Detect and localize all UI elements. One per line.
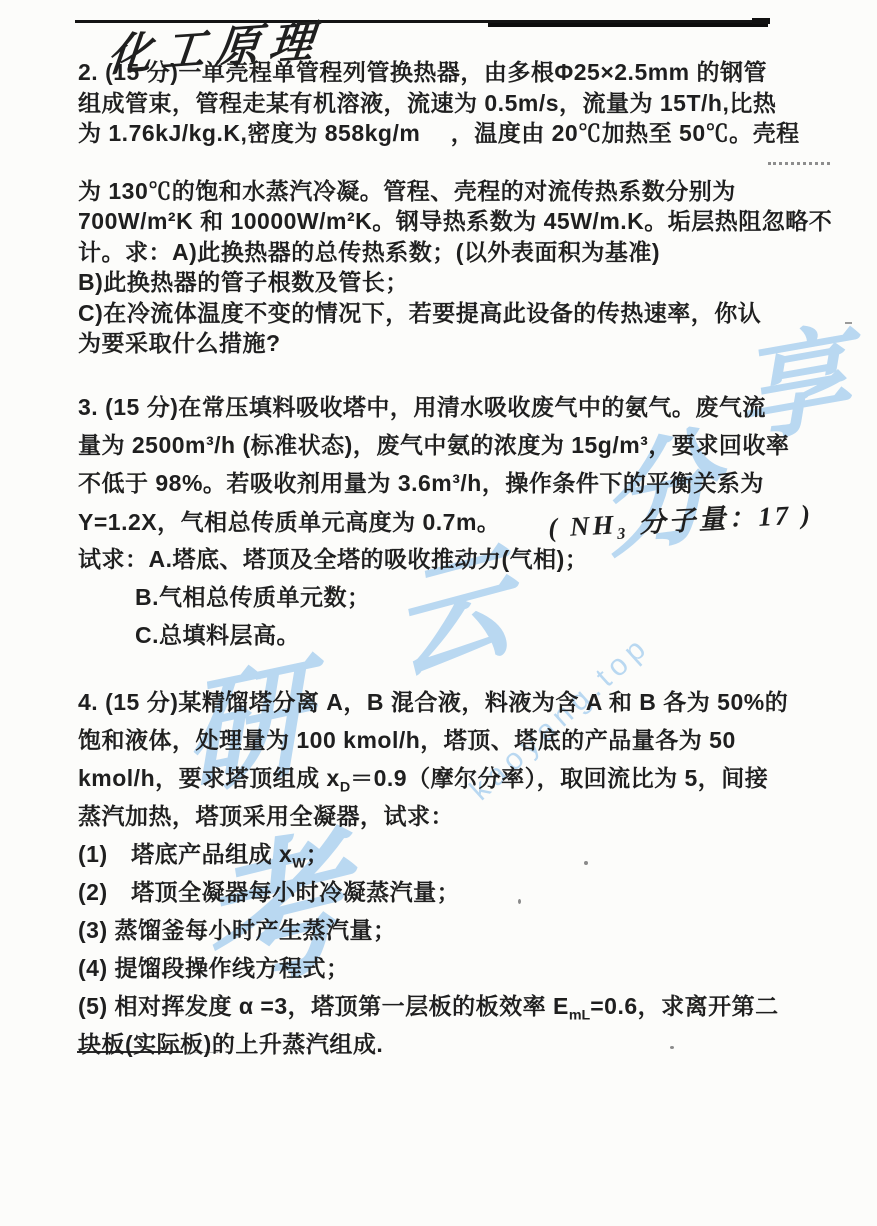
text-line: 饱和液体，处理量为 100 kmol/h，塔顶、塔底的产品量各为 50 (78, 721, 838, 759)
text-line: 块板(实际板)的上升蒸汽组成. (78, 1025, 838, 1063)
text-segment: W (292, 855, 305, 871)
text-segment: 试求：A.塔底、塔顶及全塔的吸收推动力(气相)； (78, 546, 588, 572)
text-segment: ； (306, 841, 330, 867)
text-segment: 为要采取什么措施? (78, 330, 281, 356)
text-line: kmol/h，要求塔顶组成 xD＝0.9（摩尔分率），取回流比为 5，间接 (78, 759, 838, 797)
text-line: B)此换热器的管子根数及管长； (78, 267, 838, 298)
text-segment: 饱和液体，处理量为 100 kmol/h，塔顶、塔底的产品量各为 50 (78, 727, 736, 753)
text-line: C.总填料层高。 (78, 616, 838, 654)
text-line: 700W/m²K 和 10000W/m²K。钢导热系数为 45W/m.K。垢层热… (78, 206, 838, 237)
text-segment: 4. (15 分)某精馏塔分离 A，B 混合液，料液为含 A 和 B 各为 50… (78, 689, 788, 715)
text-line: 为 1.76kJ/kg.K,密度为 858kg/m ，温度由 20℃加热至 50… (78, 118, 838, 149)
text-segment: 计。求：A)此换热器的总传热系数；(以外表面积为基准) (78, 239, 660, 265)
text-line: B.气相总传质单元数； (78, 578, 838, 616)
text-segment: 不低于 98%。若吸收剂用量为 3.6m³/h，操作条件下的平衡关系为 (78, 470, 764, 496)
text-line: 不低于 98%。若吸收剂用量为 3.6m³/h，操作条件下的平衡关系为 (78, 464, 838, 502)
text-segment: 3. (15 分)在常压填料吸收塔中，用清水吸收废气中的氨气。废气流 (78, 394, 766, 420)
text-line: (1) 塔底产品组成 xW； (78, 835, 838, 873)
scan-speck (845, 322, 852, 324)
text-segment: (2) 塔顶全凝器每小时冷凝蒸汽量； (78, 879, 460, 905)
text-line: 组成管束，管程走某有机溶液，流速为 0.5m/s，流量为 15T/h,比热 (78, 88, 838, 119)
question-3-block: 3. (15 分)在常压填料吸收塔中，用清水吸收废气中的氨气。废气流量为 250… (78, 388, 838, 654)
text-line: (5) 相对挥发度 α =3，塔顶第一层板的板效率 EmL=0.6，求离开第二 (78, 987, 838, 1025)
text-segment: 为 1.76kJ/kg.K,密度为 858kg/m ，温度由 20℃加热至 50… (78, 120, 800, 146)
text-segment: 700W/m²K 和 10000W/m²K。钢导热系数为 45W/m.K。垢层热… (78, 208, 832, 234)
text-line: 为要采取什么措施? (78, 328, 838, 359)
text-line: (4) 提馏段操作线方程式； (78, 949, 838, 987)
text-segment: =0.6，求离开第二 (590, 993, 778, 1019)
scan-top-rule-end-blob (752, 18, 770, 24)
text-segment: C.总填料层高。 (135, 622, 300, 648)
text-segment: 为 130℃的饱和水蒸汽冷凝。管程、壳程的对流传热系数分别为 (78, 178, 736, 204)
text-line: 量为 2500m³/h (标准状态)，废气中氨的浓度为 15g/m³，要求回收率 (78, 426, 838, 464)
text-line: Y=1.2X，气相总传质单元高度为 0.7m。( NH₃ 分子量：17 ) (78, 502, 838, 540)
text-line: 4. (15 分)某精馏塔分离 A，B 混合液，料液为含 A 和 B 各为 50… (78, 683, 838, 721)
text-line: 蒸汽加热，塔顶采用全凝器，试求： (78, 797, 838, 835)
question-2-block: 2. (15 分)一单壳程单管程列管换热器，由多根Φ25×2.5mm 的钢管组成… (78, 57, 838, 359)
text-line: 计。求：A)此换热器的总传热系数；(以外表面积为基准) (78, 237, 838, 268)
text-line: (2) 塔顶全凝器每小时冷凝蒸汽量； (78, 873, 838, 911)
text-segment: kmol/h，要求塔顶组成 x (78, 765, 340, 791)
text-segment: B.气相总传质单元数； (135, 584, 371, 610)
text-segment: (4) 提馏段操作线方程式； (78, 955, 350, 981)
text-segment: B)此换热器的管子根数及管长； (78, 269, 409, 295)
text-line: (3) 蒸馏釜每小时产生蒸汽量； (78, 911, 838, 949)
text-segment: 组成管束，管程走某有机溶液，流速为 0.5m/s，流量为 15T/h,比热 (78, 90, 776, 116)
text-segment: 蒸汽加热，塔顶采用全凝器，试求： (78, 803, 454, 829)
text-line: 3. (15 分)在常压填料吸收塔中，用清水吸收废气中的氨气。废气流 (78, 388, 838, 426)
text-line: C)在冷流体温度不变的情况下，若要提高此设备的传热速率，你认 (78, 298, 838, 329)
text-line: 试求：A.塔底、塔顶及全塔的吸收推动力(气相)； (78, 540, 838, 578)
text-segment: mL (569, 1007, 590, 1023)
text-segment: C)在冷流体温度不变的情况下，若要提高此设备的传热速率，你认 (78, 300, 761, 326)
text-segment: Y=1.2X，气相总传质单元高度为 0.7m。 (78, 509, 500, 535)
text-line: 为 130℃的饱和水蒸汽冷凝。管程、壳程的对流传热系数分别为 (78, 176, 838, 207)
text-segment: (5) 相对挥发度 α =3，塔顶第一层板的板效率 E (78, 993, 569, 1019)
handwritten-note: ( NH₃ 分子量：17 ) (548, 495, 815, 547)
text-segment: 块板(实际板)的上升蒸汽组成. (78, 1031, 383, 1057)
text-segment: (3) 蒸馏釜每小时产生蒸汽量； (78, 917, 397, 943)
scan-top-rule-dark-segment (488, 23, 768, 27)
exam-text-column: 2. (15 分)一单壳程单管程列管换热器，由多根Φ25×2.5mm 的钢管组成… (78, 57, 838, 1063)
text-segment: D (340, 779, 350, 795)
question-4-block: 4. (15 分)某精馏塔分离 A，B 混合液，料液为含 A 和 B 各为 50… (78, 683, 838, 1063)
text-segment: 量为 2500m³/h (标准状态)，废气中氨的浓度为 15g/m³，要求回收率 (78, 432, 789, 458)
text-segment: ＝0.9（摩尔分率），取回流比为 5，间接 (350, 765, 768, 791)
text-segment: (1) 塔底产品组成 x (78, 841, 292, 867)
